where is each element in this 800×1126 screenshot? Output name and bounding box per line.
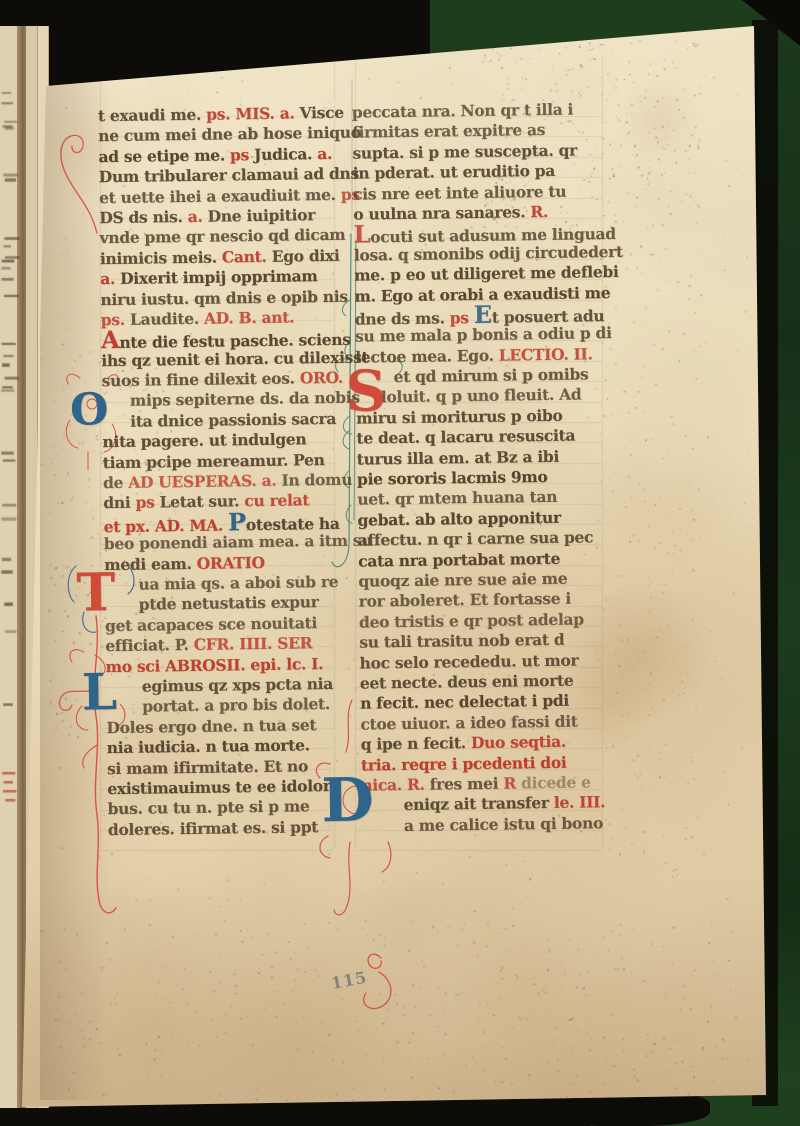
ink-text: cis nre eet inte aliuore tu [353, 181, 566, 203]
text-line: egimus qz xps pcta nia [142, 674, 342, 697]
rubric-text: a. [317, 144, 332, 163]
illuminated-initial-O: O [70, 388, 109, 433]
ink-text: Visce [299, 103, 343, 123]
ink-text: Doles ergo dne. n tua set [106, 715, 316, 737]
ink-text: ror aboleret. Et fortasse i [359, 589, 572, 611]
ink-text: peccata nra. Non qr t illa i [352, 100, 573, 122]
rubric-text: mo sci ABROSII. epi. lc. I. [105, 654, 323, 676]
rubric-text: le. III. [554, 792, 606, 812]
text-line: ptde netustatis expur [139, 592, 341, 615]
text-line: ua mia qs. a aboi sub re [138, 572, 340, 595]
ink-text: bus. cu tu n. pte si p me [107, 797, 309, 819]
ink-text: Dne iuipitior [207, 205, 315, 225]
ink-text: inimicis meis. [100, 247, 222, 268]
ink-text: Laudite. [130, 309, 204, 329]
ink-text: cata nra portabat morte [358, 548, 560, 570]
ink-text: supta. si p me suscepta. qr [352, 140, 577, 162]
illuminated-initial-S: S [345, 363, 386, 420]
ink-text: a me calice istu qi bono [404, 813, 603, 835]
ink-text: eniqz ait transfer [403, 793, 554, 814]
ink-text: ctoe uiuor. a ideo fassi dit [360, 711, 577, 733]
ink-text: Dixerit impij opprimam [120, 266, 318, 288]
rubric-text: ps [135, 493, 159, 512]
ink-text: in pderat. ut eruditio pa [353, 161, 556, 183]
rubric-text: ORATIO [196, 552, 264, 572]
ink-text: fres mei [430, 773, 504, 793]
ink-text: ihs qz uenit ei hora. cu dilexisst [101, 347, 368, 370]
ink-text: niru iustu. qm dnis e opib nis [100, 286, 348, 308]
rubric-text: CFR. IIII. SER [194, 633, 313, 654]
ink-text: firmitas erat expitre as [352, 120, 545, 142]
ink-text: su me mala p bonis a odiu p di [355, 323, 612, 346]
ink-text: turus illa em. at Bz a ibi [357, 446, 560, 468]
ink-text: tiam pcipe mereamur. Pen [103, 450, 325, 472]
ink-text: uet. qr mtem huana tan [357, 487, 557, 509]
ink-text: portat. a pro bis dolet. [142, 694, 330, 716]
ink-text: egimus qz xps pcta nia [142, 674, 333, 696]
ink-text: nita pagere. ut indulgen [102, 430, 306, 452]
illuminated-initial-L: L [82, 667, 118, 717]
text-block: t exaudi me. ps. MIS. a. Viscene cum mei… [0, 0, 800, 1126]
rubric-text: Cant. [222, 247, 272, 267]
rubric-text: tria. reqre i pcedenti doi [361, 752, 567, 774]
ink-text: ad se etipe me. [98, 145, 230, 166]
rubric-text: R. [530, 202, 548, 221]
ink-text: o uulna nra sanares. [353, 202, 530, 223]
rubric-text: a. [188, 207, 208, 226]
rubric-text: LECTIO. II. [499, 344, 593, 364]
ink-text: ita dnice passionis sacra [130, 409, 336, 431]
ink-text: beo ponendi aiam mea. a itm su [104, 531, 373, 554]
ink-text: su tali trasitu nob erat d [359, 630, 564, 652]
rubric-text: Duo seqtia. [471, 732, 566, 752]
ink-text: losa. q smonibs odij circudedert [354, 242, 623, 265]
ink-text: miru si moriturus p oibo [356, 406, 563, 428]
ink-text: deo tristis e qr post adelap [359, 609, 584, 631]
ink-text: ua mia qs. a aboi sub re [138, 572, 338, 594]
faded-text: dicede e [521, 772, 591, 792]
ink-text: doleres. ifirmat es. si ppt [108, 817, 318, 839]
ink-text: hoc selo recededu. ut mor [359, 650, 578, 672]
ink-text: dni [103, 493, 135, 512]
illuminated-initial-D: D [321, 770, 374, 831]
ink-text: affectu. n qr i carne sua pec [358, 528, 594, 550]
ink-text: et uette ihei a exaudiuit me. [99, 184, 341, 206]
text-line: eniqz ait transfer le. III. [403, 792, 609, 815]
rubric-text: AD. B. ant. [204, 307, 294, 327]
ink-text: efficiat. P. [105, 635, 194, 655]
ink-text: gebat. ab alto apponitur [357, 508, 560, 530]
ink-text: nia iudicia. n tua morte. [107, 735, 310, 757]
illuminated-initial-T: T [76, 567, 115, 620]
ink-text: n fecit. nec delectat i pdi [360, 691, 569, 713]
ink-text: suos in fine dilexit eos. [101, 368, 299, 390]
rubric-text: ps [450, 308, 474, 327]
ink-text: Dum tribularer clamaui ad dns [99, 164, 359, 187]
rubric-text: a. [100, 269, 120, 288]
rubric-text: ORO. [300, 368, 343, 388]
text-line: ita dnice passionis sacra [130, 409, 338, 432]
ink-text: mips sepiterne ds. da nobis [130, 388, 360, 410]
rubric-text: cu relat [244, 491, 309, 511]
text-line: portat. a pro bis dolet. [142, 694, 342, 717]
ink-text: ptde netustatis expur [139, 593, 319, 615]
ink-text: et qd mirum si p omibs [393, 364, 588, 386]
ink-text: t exaudi me. [98, 105, 207, 126]
ink-text: pie sororis lacmis 9mo [357, 467, 548, 489]
ink-text: doluit. q p uno fleuit. Ad [376, 385, 582, 407]
text-line: doleres. ifirmat es. si ppt [108, 816, 344, 840]
rubric-text: AD UESPERAS. a. [128, 471, 282, 492]
ink-text: vnde pme qr nescio qd dicam [99, 225, 345, 247]
ink-text: quoqz aie nre sue aie me [358, 569, 567, 591]
ink-text: Judica. [254, 144, 317, 164]
ink-text: eet necte. deus eni morte [360, 671, 574, 693]
text-column-right: peccata nra. Non qr t illa ifirmitas era… [352, 99, 610, 836]
ink-text: existimauimus te ee idolori [107, 776, 336, 798]
ink-text: medi eam. [104, 553, 197, 573]
ink-text: si mam ifirmitate. Et no [107, 756, 308, 778]
ink-text: te deat. q lacaru resuscita [356, 426, 575, 448]
rubric-text: ps. MIS. a. [206, 103, 300, 123]
ink-text: DS ds nis. [99, 207, 188, 227]
rubric-text: R [503, 773, 521, 792]
ink-text: get acapaces sce nouitati [105, 613, 317, 635]
ink-text: me. p eo ut diligeret me deflebi [354, 262, 619, 285]
ink-text: ne cum mei dne ab hose iniquo [98, 123, 361, 146]
ink-text: Ego dixi [271, 246, 339, 266]
text-column-left: t exaudi me. ps. MIS. a. Viscene cum mei… [98, 103, 344, 840]
ink-text: de [103, 473, 128, 492]
text-line: mips sepiterne ds. da nobis [130, 388, 338, 411]
manuscript-photo: t exaudi me. ps. MIS. a. Viscene cum mei… [0, 0, 800, 1126]
ink-text: q ipe n fecit. [361, 733, 471, 754]
text-line: a me calice istu qi bono [404, 813, 610, 836]
ink-text: In domu [281, 470, 352, 490]
rubric-text: ps [230, 145, 254, 164]
folio-number: 115 [330, 968, 369, 993]
